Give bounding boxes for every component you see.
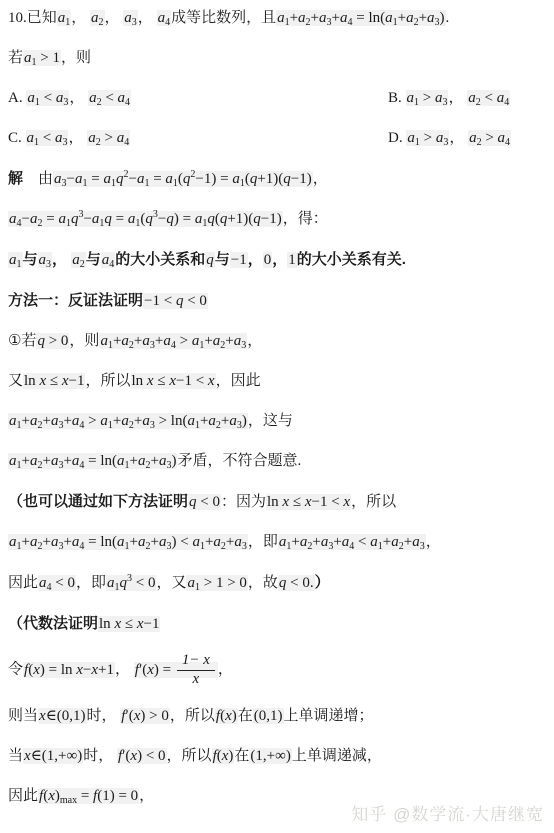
- math-text: ∈(1,+∞): [31, 748, 83, 764]
- math-token: a3: [159, 453, 172, 469]
- math-text: +: [333, 534, 341, 550]
- math-text: > ln(: [155, 413, 188, 429]
- math-token: a1: [277, 10, 290, 26]
- math-token: a2: [213, 534, 226, 550]
- text-run: 时，: [83, 748, 117, 764]
- equation: q < 0: [188, 494, 221, 510]
- text-run: ，: [69, 90, 88, 106]
- math-text: =: [42, 211, 58, 227]
- text-run: A.: [8, 90, 26, 106]
- text-run: ，这与: [248, 413, 293, 429]
- math-text: = ln(: [84, 534, 117, 550]
- math-token: a1: [9, 413, 22, 429]
- math-token: x: [48, 788, 55, 804]
- text-run: ，即: [248, 534, 278, 550]
- math-token: a4: [158, 10, 171, 26]
- math-token: q: [207, 211, 215, 227]
- math-text: >: [420, 130, 436, 146]
- math-token: a3: [234, 333, 247, 349]
- text-run: ，: [71, 10, 90, 26]
- bold-text-run: ，: [272, 251, 287, 268]
- math-text: <: [481, 90, 497, 106]
- math-token: a1: [187, 413, 200, 429]
- math-text: (1) = 0: [97, 788, 138, 804]
- math-token: a2: [30, 211, 43, 227]
- bold-text-run: ）: [315, 574, 330, 591]
- math-token: a1: [107, 575, 120, 591]
- math-text: <: [354, 534, 370, 550]
- math-token: a4: [72, 453, 85, 469]
- equation: a4−a2 = a1q3−a1q = a1(q3−q) = a1q(q+1)(q…: [8, 211, 283, 227]
- text-run: ，因此: [216, 373, 261, 389]
- text-run: ，故: [248, 575, 278, 591]
- math-token: a2: [468, 90, 481, 106]
- text-run: ，所以: [351, 494, 396, 510]
- options-row-ab: A. a1 < a3， a2 < a4B. a1 > a3， a2 < a4: [8, 87, 548, 110]
- math-text: < 0: [52, 575, 75, 591]
- math-text: ′(: [139, 662, 147, 678]
- equation: q: [205, 252, 215, 268]
- document-lines: 10.已知a1， a2， a3， a4成等比数列，且a1+a2+a3+a4 = …: [8, 7, 548, 808]
- text-run: 若: [8, 50, 23, 66]
- equation: a1 > a3: [406, 90, 449, 106]
- subscript: 3: [46, 259, 51, 270]
- equation: a1 < a3: [26, 130, 69, 146]
- math-token: a1: [103, 171, 116, 187]
- math-token: a2: [89, 90, 102, 106]
- math-token: a1: [75, 171, 88, 187]
- math-token: )max: [55, 788, 77, 804]
- math-text: ): [228, 748, 233, 764]
- text-run: ：因为: [221, 494, 266, 510]
- text-run: ，: [218, 662, 233, 678]
- math-token: q3: [71, 211, 84, 227]
- math-token: a1: [100, 333, 113, 349]
- math-token: a2: [121, 333, 134, 349]
- text-run: ，所以: [170, 708, 215, 724]
- equation: x∈(0,1): [38, 708, 87, 724]
- equation: a3: [38, 252, 53, 268]
- text-run: 在: [234, 748, 249, 764]
- bold-text-run: ，: [52, 251, 71, 268]
- math-token: q: [189, 494, 197, 510]
- math-text: −1 <: [144, 293, 176, 309]
- subscript: max: [60, 795, 77, 806]
- math-text: =: [149, 171, 165, 187]
- math-token: q2: [183, 171, 196, 187]
- text-run: 又: [8, 373, 23, 389]
- text-run: 成等比数列，且: [171, 10, 276, 26]
- text-run: ，所以: [167, 748, 212, 764]
- math-token: a2: [30, 453, 43, 469]
- equation: (0,1): [253, 708, 284, 724]
- text-run: 时，: [87, 708, 121, 724]
- math-token: q2: [116, 171, 129, 187]
- math-token: q3: [145, 211, 158, 227]
- math-token: q: [37, 333, 45, 349]
- subscript: 4: [504, 97, 509, 108]
- math-token: a1: [232, 171, 245, 187]
- math-text: −: [22, 211, 30, 227]
- equation: f′(x) < 0: [117, 748, 167, 764]
- math-token: a4: [102, 252, 115, 268]
- math-token: a4: [117, 130, 130, 146]
- math-token: a3: [234, 534, 247, 550]
- math-token: q: [206, 252, 214, 268]
- given-condition: 若a1 > 1，则: [8, 47, 548, 70]
- math-text: ) < 0: [137, 748, 165, 764]
- math-token: a4: [9, 211, 22, 227]
- subscript: 3: [443, 137, 448, 148]
- subscript: 3: [132, 17, 137, 28]
- math-token: a2: [208, 413, 221, 429]
- math-text: −1 <: [312, 494, 344, 510]
- text-run: ，: [68, 130, 87, 146]
- math-token: a1: [385, 10, 398, 26]
- equation: a1: [57, 10, 72, 26]
- math-token: a1: [117, 534, 130, 550]
- math-token: a3: [51, 534, 64, 550]
- math-text: >: [84, 413, 100, 429]
- math-token: a3: [39, 252, 52, 268]
- text-run: 上单调递增；: [284, 708, 374, 724]
- math-token: q: [104, 211, 112, 227]
- math-token: a3: [229, 413, 242, 429]
- math-text: +: [311, 10, 319, 26]
- equation: a1+a2+a3+a4 > a1+a2+a3 > ln(a1+a2+a3): [8, 413, 248, 429]
- math-token: a4: [39, 575, 52, 591]
- math-text: +: [22, 453, 30, 469]
- math-text: >: [482, 130, 498, 146]
- bold-text-run: （代数法证明: [8, 615, 98, 632]
- math-token: a1: [58, 211, 71, 227]
- bold-text-run: （也可以通过如下方法证明: [8, 493, 188, 510]
- math-text: ≤: [121, 616, 137, 632]
- math-text: = ln(: [352, 10, 385, 26]
- math-token: a1: [58, 10, 71, 26]
- bold-text-run: 的大小关系有关.: [297, 251, 406, 268]
- text-run: 因此: [8, 788, 38, 804]
- text-run: ，所以: [85, 373, 130, 389]
- math-token: a3: [51, 413, 64, 429]
- math-token: x: [343, 494, 350, 510]
- math-text: +: [63, 413, 71, 429]
- text-run: 10.已知: [8, 10, 57, 26]
- math-token: a2: [298, 10, 311, 26]
- equation: a4: [157, 10, 172, 26]
- math-text: +: [398, 10, 406, 26]
- zhihu-watermark: 知乎 @数学流·大唐继宽: [351, 800, 544, 825]
- math-token: a1: [192, 333, 205, 349]
- math-token: q: [283, 171, 291, 187]
- subscript: 1: [17, 259, 22, 270]
- equation: a1q3 < 0: [106, 575, 156, 591]
- math-text: ) =: [154, 662, 175, 678]
- math-text: +: [332, 10, 340, 26]
- equation: a1 < a3: [26, 90, 69, 106]
- math-token: a2: [72, 252, 85, 268]
- math-token: a2: [213, 333, 226, 349]
- math-text: +1)(: [227, 211, 253, 227]
- math-text: −1: [69, 373, 85, 389]
- text-run: ，: [426, 534, 441, 550]
- math-text: >: [101, 130, 117, 146]
- inequality-chain-line: a1+a2+a3+a4 > a1+a2+a3 > ln(a1+a2+a3)，这与: [8, 410, 548, 433]
- math-token: a2: [391, 534, 404, 550]
- decreasing-interval-line: 当x∈(1,+∞)时， f′(x) < 0，所以f(x)在(1,+∞)上单调递减…: [8, 745, 548, 768]
- equation: a4: [101, 252, 116, 268]
- equation: a2 > a4: [87, 130, 130, 146]
- text-run: 当: [8, 748, 23, 764]
- math-token: x: [147, 373, 154, 389]
- subscript: 3: [442, 97, 447, 108]
- options-row-cd: C. a1 < a3， a2 > a4D. a1 > a3， a2 > a4: [8, 127, 548, 150]
- equation: a2 > a4: [468, 130, 511, 146]
- math-text: <: [40, 90, 56, 106]
- math-token: a3: [54, 171, 67, 187]
- math-token: a4: [163, 333, 176, 349]
- equation: a2 < a4: [88, 90, 131, 106]
- math-token: a2: [138, 534, 151, 550]
- math-token: a1: [92, 211, 105, 227]
- equation: a2: [71, 252, 86, 268]
- math-text: <: [102, 90, 118, 106]
- math-token: x: [305, 494, 312, 510]
- math-text: −1): [261, 211, 282, 227]
- text-run: ，: [448, 90, 467, 106]
- math-text: +: [22, 413, 30, 429]
- equation: f(x): [212, 748, 235, 764]
- equation: x∈(1,+∞): [23, 748, 83, 764]
- solution-relation-summary: a1与a3， a2与a4的大小关系和q与−1，0，1的大小关系有关.: [8, 248, 548, 272]
- math-text: (1,+∞): [250, 748, 290, 764]
- math-text: −: [67, 171, 75, 187]
- equation: ln x ≤ x−1: [98, 616, 160, 632]
- equation: a3: [123, 10, 138, 26]
- math-token: a4: [72, 413, 85, 429]
- math-token: x: [208, 373, 215, 389]
- equation: f(x) = ln x−x+1: [23, 662, 115, 678]
- math-text: +: [383, 534, 391, 550]
- math-token: x: [137, 616, 144, 632]
- math-token: a3: [319, 10, 332, 26]
- text-run: 令: [8, 662, 23, 678]
- math-text: +: [312, 534, 320, 550]
- math-token: x: [225, 708, 232, 724]
- math-text: >: [176, 333, 192, 349]
- option-cell: D. a1 > a3， a2 > a4: [388, 127, 548, 150]
- text-run: ，则: [61, 50, 91, 66]
- math-text: > 0: [45, 333, 68, 349]
- math-text: +: [130, 453, 138, 469]
- text-run: 在: [238, 708, 253, 724]
- math-token: a3: [159, 534, 172, 550]
- math-text: ≤: [154, 373, 170, 389]
- math-token: a2: [30, 534, 43, 550]
- subscript: 3: [63, 97, 68, 108]
- math-token: a1: [27, 90, 40, 106]
- document-page: 10.已知a1， a2， a3， a4成等比数列，且a1+a2+a3+a4 = …: [0, 0, 554, 808]
- math-text: =: [77, 788, 93, 804]
- text-run: ，: [105, 10, 124, 26]
- solution-step-a3-a1: 解 由a3−a1 = a1q2−a1 = a1(q2−1) = a1(q+1)(…: [8, 167, 548, 191]
- bold-text-run: ，: [248, 251, 263, 268]
- math-token: a1: [195, 211, 208, 227]
- increasing-interval-line: 则当x∈(0,1)时， f′(x) > 0，所以f(x)在(0,1)上单调递增；: [8, 705, 548, 728]
- math-token: a2: [30, 413, 43, 429]
- math-text: ln: [24, 373, 39, 389]
- math-token: a2: [469, 130, 482, 146]
- math-text: ): [232, 708, 237, 724]
- math-token: a2: [300, 534, 313, 550]
- equation: f(x): [215, 708, 238, 724]
- method-one-heading: 方法一：反证法证明−1 < q < 0: [8, 289, 548, 313]
- math-text: +: [63, 534, 71, 550]
- math-text: =: [112, 211, 128, 227]
- equation: a1: [8, 252, 23, 268]
- math-text: ) =: [174, 211, 195, 227]
- lnx-inequality-line: 又ln x ≤ x−1，所以ln x ≤ x−1 < x，因此: [8, 370, 548, 393]
- text-run: ，: [449, 130, 468, 146]
- math-text: ln: [132, 373, 147, 389]
- text-run: ，得：: [283, 211, 328, 227]
- math-text: +: [204, 333, 212, 349]
- equation: ln x ≤ x−1: [23, 373, 85, 389]
- math-text: −: [83, 211, 91, 227]
- math-text: +: [291, 534, 299, 550]
- math-token: x: [33, 662, 40, 678]
- math-token: q: [166, 211, 174, 227]
- contradiction-line: a1+a2+a3+a4 = ln(a1+a2+a3)矛盾，不符合题意.: [8, 450, 548, 473]
- equation: q > 0: [36, 333, 69, 349]
- alternative-proof-inequality: a1+a2+a3+a4 = ln(a1+a2+a3) < a1+a2+a3，即a…: [8, 531, 548, 554]
- math-text: ) = ln: [40, 662, 76, 678]
- equation: a1+a2+a3+a4 > a1+a2+a3: [99, 333, 247, 349]
- math-token: a4: [118, 90, 131, 106]
- alternative-proof-conclusion: 因此a4 < 0，即a1q3 < 0，又a1 > 1 > 0，故q < 0.）: [8, 571, 548, 595]
- math-token: a2: [406, 10, 419, 26]
- math-token: a1: [137, 171, 150, 187]
- math-text: ) > 0: [140, 708, 168, 724]
- math-token: a3: [412, 534, 425, 550]
- math-text: < 0.: [286, 575, 313, 591]
- math-text: +1)(: [257, 171, 283, 187]
- math-token: a3: [435, 90, 448, 106]
- equation: a3−a1 = a1q2−a1 = a1(q2−1) = a1(q+1)(q−1…: [53, 171, 313, 187]
- equation: a1 > 1 > 0: [186, 575, 247, 591]
- equation: a1+a2+a3+a4 < a1+a2+a3: [278, 534, 426, 550]
- math-token: x: [76, 662, 83, 678]
- algebraic-proof-heading: （代数法证明ln x ≤ x−1: [8, 612, 548, 636]
- text-run: ，: [313, 171, 328, 187]
- math-token: a3: [124, 10, 137, 26]
- math-text: ): [242, 413, 247, 429]
- math-text: −: [128, 171, 136, 187]
- math-token: a1: [9, 534, 22, 550]
- math-text: ∈(0,1): [46, 708, 86, 724]
- text-run: ，又: [156, 575, 186, 591]
- math-text: −1): [291, 171, 312, 187]
- math-text: +: [151, 534, 159, 550]
- math-text: =: [88, 171, 104, 187]
- math-text: +1: [98, 662, 114, 678]
- math-text: −1) =: [195, 171, 232, 187]
- math-text: +: [42, 534, 50, 550]
- math-token: a1: [9, 252, 22, 268]
- math-text: 0: [264, 252, 272, 268]
- math-token: a1: [279, 534, 292, 550]
- define-function-line: 令f(x) = ln x−x+1， f′(x) = 1− xx，: [8, 653, 548, 688]
- text-run: ，即: [76, 575, 106, 591]
- text-run: ，: [138, 10, 157, 26]
- math-text: >: [419, 90, 435, 106]
- math-token: q3: [120, 575, 133, 591]
- math-token: a3: [436, 130, 449, 146]
- math-text: ) <: [171, 534, 192, 550]
- subscript: 1: [65, 17, 70, 28]
- math-text: < 0: [197, 494, 220, 510]
- option-cell: C. a1 < a3， a2 > a4: [8, 127, 388, 150]
- bold-text-run: 与: [86, 251, 101, 268]
- math-text: ′(: [125, 708, 133, 724]
- text-run: 上单调递减，: [292, 748, 382, 764]
- subscript: 3: [62, 137, 67, 148]
- math-text: +: [225, 333, 233, 349]
- math-text: +: [151, 453, 159, 469]
- math-token: a3: [142, 413, 155, 429]
- math-text: < 0: [132, 575, 155, 591]
- math-text: > 1: [37, 50, 60, 66]
- math-token: a2: [91, 10, 104, 26]
- math-token: a2: [138, 453, 151, 469]
- math-token: a4: [342, 534, 355, 550]
- math-token: q: [253, 211, 261, 227]
- math-text: 1: [288, 252, 296, 268]
- math-token: x: [169, 373, 176, 389]
- bold-text-run: 解: [8, 170, 23, 187]
- subscript: 3: [241, 340, 246, 351]
- text-run: 由: [23, 171, 53, 187]
- text-run: .: [446, 10, 450, 26]
- math-text: −1: [231, 252, 247, 268]
- math-text: +: [42, 413, 50, 429]
- equation: 1: [287, 252, 297, 268]
- equation: ln x ≤ x−1 < x: [266, 494, 351, 510]
- text-run: ，则: [69, 333, 99, 349]
- math-text: +: [42, 453, 50, 469]
- equation: a1 > 1: [23, 50, 61, 66]
- alternative-proof-intro: （也可以通过如下方法证明q < 0：因为ln x ≤ x−1 < x，所以: [8, 490, 548, 514]
- equation: a4 < 0: [38, 575, 76, 591]
- math-text: +: [22, 534, 30, 550]
- math-text: ): [171, 453, 176, 469]
- math-token: a1: [407, 130, 420, 146]
- math-token: a3: [56, 90, 69, 106]
- math-text: +: [290, 10, 298, 26]
- text-run: 因此: [8, 575, 38, 591]
- math-text: −1 <: [176, 373, 208, 389]
- math-text: +: [130, 534, 138, 550]
- subscript: 3: [420, 541, 425, 552]
- equation: a2 < a4: [467, 90, 510, 106]
- equation: a1+a2+a3+a4 = ln(a1+a2+a3) < a1+a2+a3: [8, 534, 248, 550]
- text-run: ，: [247, 333, 262, 349]
- text-run: 则当: [8, 708, 38, 724]
- subscript: 2: [80, 259, 85, 270]
- text-run: ①若: [8, 333, 36, 349]
- math-text: ln: [99, 616, 114, 632]
- equation: f′(x) > 0: [120, 708, 170, 724]
